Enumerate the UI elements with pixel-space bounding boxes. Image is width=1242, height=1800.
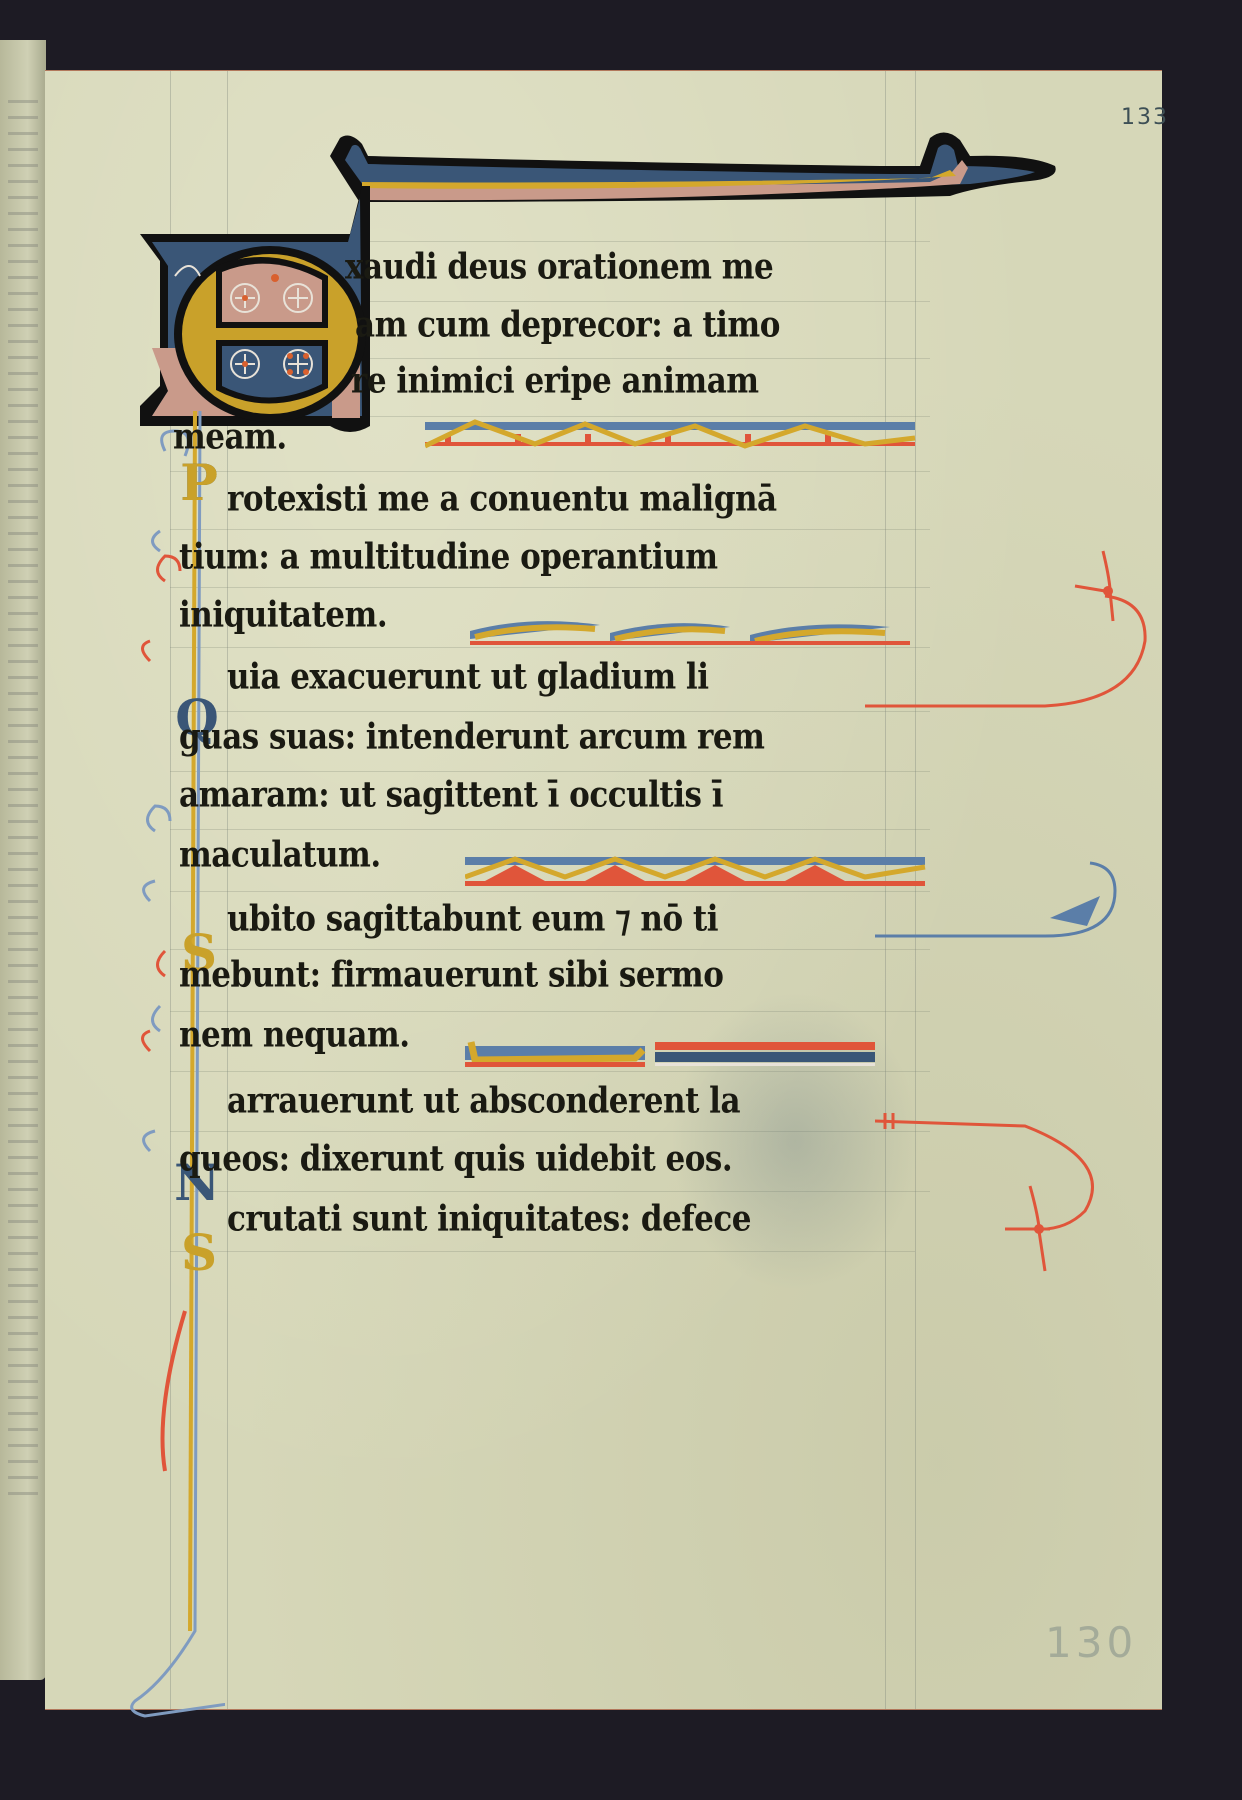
line-filler-zigzag-1 [425, 416, 935, 456]
text-line-2: am cum deprecor: a timo [355, 304, 780, 345]
text-line-6: tium: a multitudine operantium [179, 536, 718, 577]
text-line-8: uia exacuerunt ut gladium li [227, 656, 708, 697]
text-line-1: xaudi deus orationem me [345, 246, 773, 287]
manuscript-folio: 133 130 [45, 70, 1162, 1710]
text-line-9: guas suas: intenderunt arcum rem [179, 716, 764, 757]
initial-s-2: S [175, 1226, 223, 1280]
initial-p: P [175, 456, 223, 510]
text-line-11: maculatum. [179, 834, 381, 875]
ruling-line [170, 949, 930, 950]
text-line-13: mebunt: firmauerunt sibi sermo [179, 954, 723, 995]
text-line-17: crutati sunt iniquitates: defece [227, 1198, 751, 1239]
previous-page-text-bleed [8, 100, 38, 1500]
folio-number-bottom: 130 [1045, 1618, 1137, 1667]
text-line-4: meam. [173, 416, 287, 457]
previous-page-edge [0, 40, 46, 1680]
text-line-10: amaram: ut sagittent ī occultis ī [179, 774, 723, 815]
ruling-line [170, 771, 930, 772]
ruling-line [170, 587, 930, 588]
text-line-16: queos: dixerunt quis uidebit eos. [179, 1138, 732, 1179]
line-filler-gold-1 [470, 611, 910, 651]
text-line-7: iniquitatem. [179, 594, 387, 635]
text-line-15: arrauerunt ut absconderent la [227, 1080, 740, 1121]
ruling-line [170, 891, 930, 892]
text-line-12: ubito sagittabunt eum ⁊ nō ti [227, 898, 718, 939]
line-filler-mixed [465, 1036, 905, 1076]
text-line-14: nem nequam. [179, 1014, 410, 1055]
marginal-pen-flourishes [865, 541, 1185, 1041]
text-line-3: re inimici eripe animam [351, 360, 759, 401]
ruling-line [170, 829, 930, 830]
text-line-5: rotexisti me a conuentu malignā [227, 478, 777, 519]
ruling-line [170, 529, 930, 530]
marginal-red-flourish-2 [875, 1101, 1155, 1301]
ruling-line [170, 711, 930, 712]
